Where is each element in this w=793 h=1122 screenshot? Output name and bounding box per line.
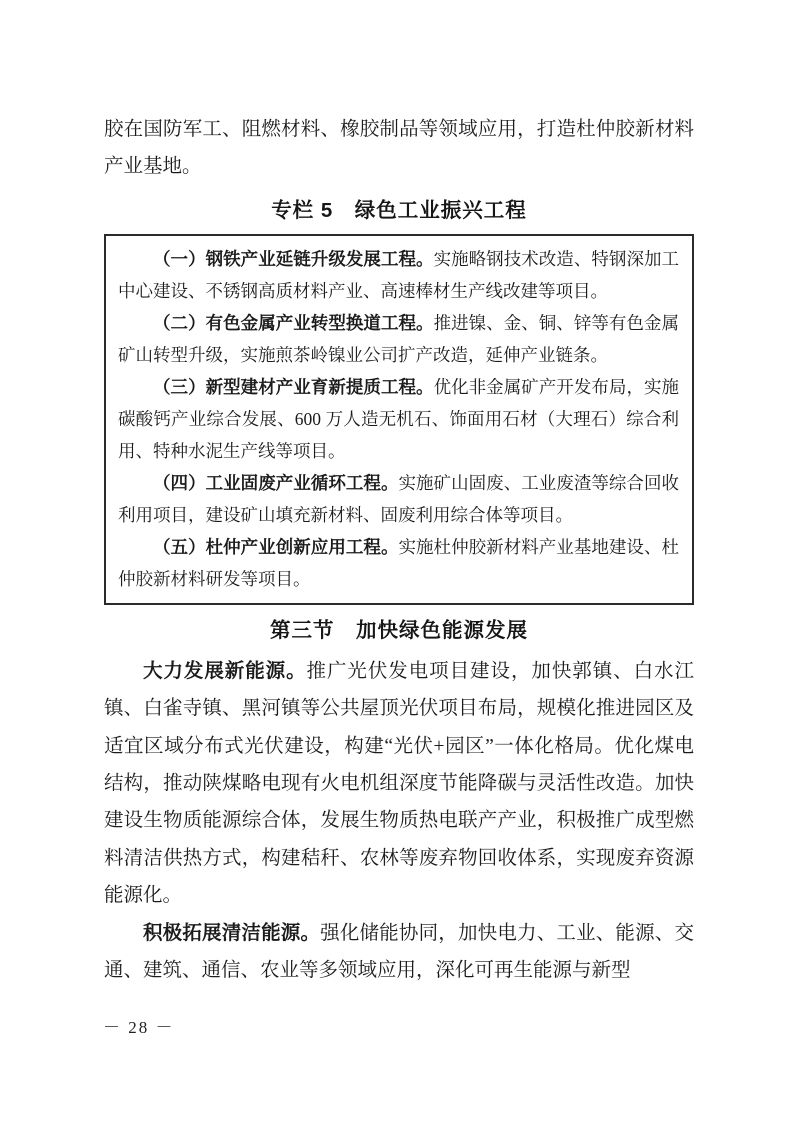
highlight-box: （一）钢铁产业延链升级发展工程。实施略钢技术改造、特钢深加工中心建设、不锈钢高质… <box>104 234 694 605</box>
box-item-5: （五）杜仲产业创新应用工程。实施杜仲胶新材料产业基地建设、杜仲胶新材料研发等项目… <box>118 531 679 595</box>
box-item-3: （三）新型建材产业育新提质工程。优化非金属矿产开发布局，实施碳酸钙产业综合发展、… <box>118 371 679 467</box>
box-title: 专栏 5 绿色工业振兴工程 <box>104 196 694 225</box>
box-item-2-lead: （二）有色金属产业转型换道工程。 <box>153 313 434 333</box>
box-item-5-lead: （五）杜仲产业创新应用工程。 <box>153 537 398 557</box>
document-page: 胶在国防军工、阻燃材料、橡胶制品等领域应用，打造杜仲胶新材料产业基地。 专栏 5… <box>0 0 793 1122</box>
box-item-4: （四）工业固废产业循环工程。实施矿山固废、工业废渣等综合回收利用项目，建设矿山填… <box>118 467 679 531</box>
intro-paragraph: 胶在国防军工、阻燃材料、橡胶制品等领域应用，打造杜仲胶新材料产业基地。 <box>104 111 694 186</box>
page-number: － 28 － <box>103 1013 175 1038</box>
box-item-4-lead: （四）工业固废产业循环工程。 <box>153 473 398 493</box>
section-heading: 第三节 加快绿色能源发展 <box>104 616 694 645</box>
box-item-1: （一）钢铁产业延链升级发展工程。实施略钢技术改造、特钢深加工中心建设、不锈钢高质… <box>118 243 679 307</box>
section-paragraph-1-body: 推广光伏发电项目建设，加快郭镇、白水江镇、白雀寺镇、黑河镇等公共屋顶光伏项目布局… <box>104 661 694 906</box>
section-paragraph-1: 大力发展新能源。推广光伏发电项目建设，加快郭镇、白水江镇、白雀寺镇、黑河镇等公共… <box>104 653 694 915</box>
box-item-2: （二）有色金属产业转型换道工程。推进镍、金、铜、锌等有色金属矿山转型升级，实施煎… <box>118 307 679 371</box>
box-item-1-lead: （一）钢铁产业延链升级发展工程。 <box>153 249 434 269</box>
box-item-3-lead: （三）新型建材产业育新提质工程。 <box>153 377 434 397</box>
section-paragraph-2: 积极拓展清洁能源。强化储能协同，加快电力、工业、能源、交通、建筑、通信、农业等多… <box>104 915 694 990</box>
section-paragraph-2-lead: 积极拓展清洁能源。 <box>143 922 320 944</box>
section-paragraph-1-lead: 大力发展新能源。 <box>143 660 307 682</box>
page-content: 胶在国防军工、阻燃材料、橡胶制品等领域应用，打造杜仲胶新材料产业基地。 专栏 5… <box>104 0 694 989</box>
